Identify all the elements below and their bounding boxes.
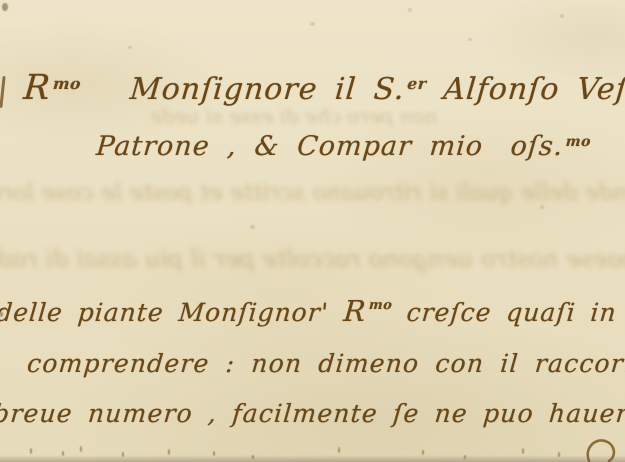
word-monsignor: Monſignor' — [177, 298, 330, 327]
abbrev-reverendissimo: R — [22, 68, 52, 108]
word-il: il — [334, 72, 358, 107]
abbrev-signor-sup: er — [407, 74, 428, 93]
abbrev-reverendissimo-2-sup: mo — [368, 298, 393, 313]
body-line-4: comprendere : non dimeno con il raccorne… — [26, 349, 625, 378]
body-line-5: breue numero , facilmente ſe ne puo haue… — [0, 399, 625, 428]
ink-speck — [0, 312, 3, 317]
phrase-cresce-quasi: creſce quaſi in infinito — [405, 298, 625, 327]
word-mio: mio — [428, 131, 484, 162]
foxing-dot — [540, 205, 544, 209]
ampersand: & — [253, 131, 281, 162]
phrase-delle-piante: delle piante — [0, 298, 165, 327]
ascender-tip — [338, 447, 340, 453]
cut-letter-stroke — [0, 76, 6, 108]
foxing-dot — [310, 22, 315, 26]
ink-speck — [2, 3, 8, 11]
bleedthrough-band-1: che nel numero grande delle quali si rit… — [0, 180, 625, 206]
address-line-1: Rmo Monſignore il S.er Alfonſo Veſcheuo … — [22, 68, 625, 108]
abbrev-osservandissimo: oſs. — [509, 131, 564, 162]
abbrev-signor: S. — [372, 72, 406, 107]
abbrev-reverendissimo-2: R — [342, 294, 368, 328]
word-patrone: Patrone , — [95, 131, 238, 162]
abbrev-osservandissimo-sup: mo — [565, 134, 592, 150]
ascender-tip — [80, 446, 82, 452]
foxing-dot — [408, 8, 412, 12]
body-line-3: delle piante Monſignor' Rmo creſce quaſi… — [0, 294, 625, 328]
abbrev-reverendissimo-sup: mo — [52, 74, 82, 93]
word-compar: Compar — [296, 131, 414, 162]
manuscript-page: non pero che di esse si uede che nel num… — [0, 0, 625, 462]
ascender-tip — [30, 448, 32, 454]
word-alfonso: Alfonſo — [442, 72, 561, 107]
foxing-dot — [468, 38, 472, 41]
word-monsignore: Monſignore — [129, 72, 320, 107]
foxing-dot — [128, 46, 132, 49]
word-vescovo: Veſcheuo — [575, 72, 625, 107]
foxing-dot — [560, 14, 564, 18]
scan-edge-shadow — [0, 455, 625, 462]
foxing-dot — [250, 225, 255, 229]
ascender-tip — [522, 448, 524, 454]
address-line-2: Patrone , & Compar mio oſs.mo — [95, 131, 592, 162]
bleedthrough-band-2: et di quelle che nel paese nostro uengon… — [0, 245, 625, 273]
